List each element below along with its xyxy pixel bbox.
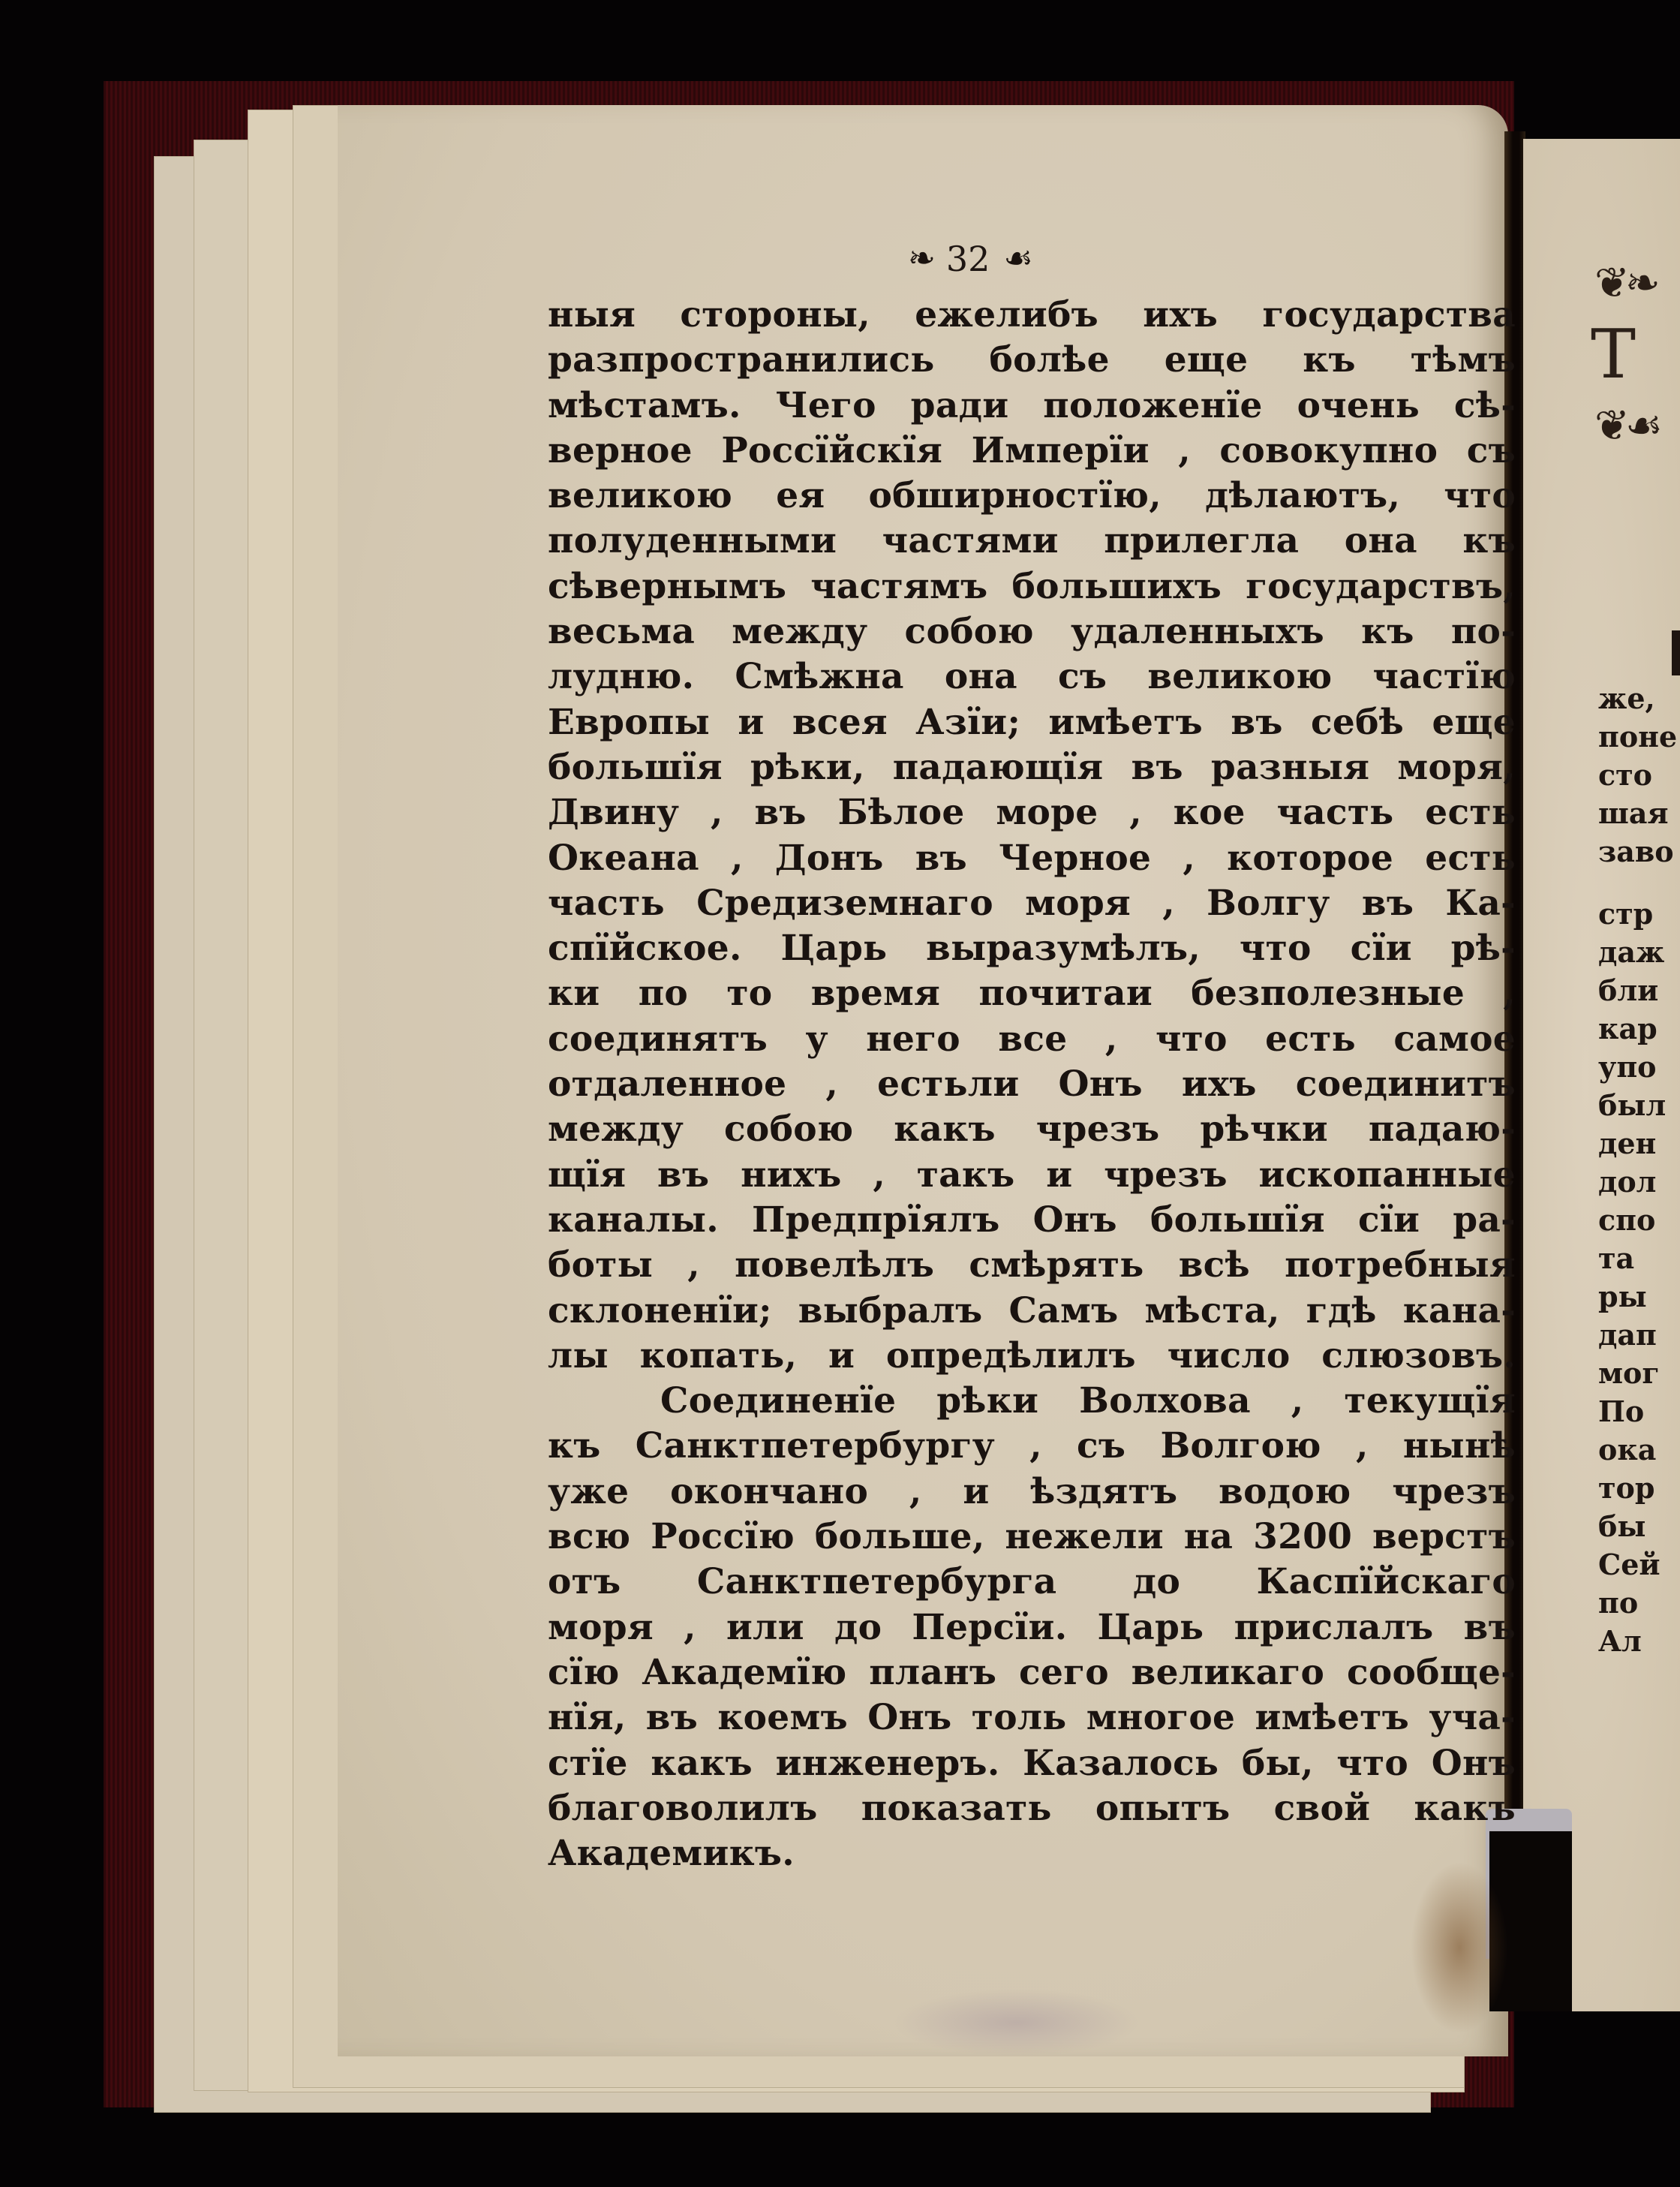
text-line: был — [1598, 1086, 1680, 1124]
decorated-initial: Т — [1591, 315, 1636, 394]
text-line: боты , повелѣлъ смѣрять всѣ потребныя — [548, 1243, 1516, 1288]
text-line: заво — [1598, 832, 1680, 871]
text-line: По — [1598, 1392, 1680, 1430]
text-line: Двину , въ Бѣлое море , кое часть есть — [548, 790, 1516, 835]
text-line: ки по то время почитаи безполезные , — [548, 971, 1516, 1016]
text-line: полуденными частями прилегла она къ — [548, 519, 1516, 564]
text-line: по — [1598, 1584, 1680, 1622]
text-line: Европы и всея Азїи; имѣетъ въ себѣ еще — [548, 700, 1516, 745]
text-line: благоволилъ показать опытъ свой какъ — [548, 1786, 1516, 1831]
text-line: соединятъ у него все , что есть самое — [548, 1017, 1516, 1062]
text-line: стр — [1598, 895, 1680, 933]
text-line: ры — [1598, 1277, 1680, 1316]
body-text: ныя стороны, ежелибъ ихъ государства раз… — [548, 293, 1516, 1876]
text-line: спо — [1598, 1201, 1680, 1239]
text-line: тор — [1598, 1469, 1680, 1507]
drop-cap-fragment — [1672, 630, 1680, 675]
text-line: къ Санктпетербургу , съ Волгою , нынѣ — [548, 1424, 1516, 1469]
text-line: бли — [1598, 971, 1680, 1009]
text-line: каналы. Предпрїялъ Онъ большїя сїи ра- — [548, 1198, 1516, 1243]
text-line: ока — [1598, 1430, 1680, 1469]
text-line: великою ея обширностїю, дѣлаютъ, что — [548, 474, 1516, 519]
text-line: дол — [1598, 1163, 1680, 1201]
text-line: отдаленное , естьли Онъ ихъ соединитъ — [548, 1062, 1516, 1107]
page-header: ❧ 32 ☙ — [908, 239, 1030, 279]
text-line: сто — [1598, 756, 1680, 794]
text-line: всю Россїю больше, нежели на 3200 верстъ — [548, 1515, 1516, 1560]
text-line: упо — [1598, 1048, 1680, 1086]
paragraph-start-line: Соединенїе рѣки Волхова , текущїя — [548, 1379, 1516, 1424]
text-line: нїя, въ коемъ Онъ толь многое имѣетъ уча… — [548, 1695, 1516, 1740]
text-line: кар — [1598, 1009, 1680, 1048]
text-line: лы копать, и опредѣлилъ число слюзовъ. — [548, 1334, 1516, 1379]
text-line: разпространились болѣе еще къ тѣмъ — [548, 338, 1516, 383]
text-line: спїйское. Царь выразумѣлъ, что сїи рѣ- — [548, 926, 1516, 971]
text-line: Ал — [1598, 1622, 1680, 1660]
text-line: ден — [1598, 1124, 1680, 1163]
fleuron-left-icon: ❧ — [908, 242, 933, 275]
text-line: стїе какъ инженеръ. Казалось бы, что Онъ — [548, 1741, 1516, 1786]
text-line: весьма между собою удаленныхъ къ по- — [548, 609, 1516, 654]
fleuron-right-icon: ☙ — [1003, 242, 1029, 275]
text-line: мог — [1598, 1354, 1680, 1392]
text-line: Океана , Донъ въ Черное , которое есть — [548, 836, 1516, 881]
text-line: Сей — [1598, 1545, 1680, 1584]
page-number: 32 — [946, 239, 990, 279]
text-line: отъ Санктпетербурга до Каспїйскаго — [548, 1560, 1516, 1605]
text-line: же, — [1598, 679, 1680, 717]
text-line: поне — [1598, 717, 1680, 756]
text-line: бы — [1598, 1507, 1680, 1545]
headpiece-ornament-bottom-icon: ❦☙ — [1594, 402, 1658, 450]
text-line: верное Россїйскїя Имперїи , совокупно съ — [548, 429, 1516, 474]
text-line: ныя стороны, ежелибъ ихъ государства — [548, 293, 1516, 338]
text-line: дап — [1598, 1316, 1680, 1354]
text-line: склоненїи; выбралъ Самъ мѣста, гдѣ кана- — [548, 1289, 1516, 1334]
ink-stain — [893, 1989, 1141, 2056]
text-line: сїю Академїю планъ сего великаго сообще- — [548, 1650, 1516, 1695]
text-line: мѣстамъ. Чего ради положенїе очень сѣ- — [548, 384, 1516, 429]
text-line: моря , или до Персїи. Царь прислалъ въ — [548, 1605, 1516, 1650]
text-line: шая — [1598, 794, 1680, 832]
text-line: большїя рѣки, падающїя въ разныя моря, — [548, 745, 1516, 790]
text-line: сѣвернымъ частямъ большихъ государствъ, — [548, 564, 1516, 609]
headpiece-ornament-icon: ❦❧ — [1594, 259, 1656, 308]
text-line: уже окончано , и ѣздятъ водою чрезъ — [548, 1470, 1516, 1515]
text-line: даж — [1598, 933, 1680, 971]
water-stain — [1411, 1861, 1508, 2034]
text-line: лудню. Смѣжна она съ великою частїю — [548, 654, 1516, 699]
text-line: та — [1598, 1239, 1680, 1277]
text-line: щїя въ нихъ , такъ и чрезъ ископанные — [548, 1153, 1516, 1198]
text-line: между собою какъ чрезъ рѣчки падаю- — [548, 1107, 1516, 1152]
text-line: часть Средиземнаго моря , Волгу въ Ка- — [548, 881, 1516, 926]
right-page-text: же, поне сто шая заво стр даж бли кар уп… — [1598, 679, 1680, 1660]
text-line-final: Академикъ. — [548, 1831, 1516, 1876]
